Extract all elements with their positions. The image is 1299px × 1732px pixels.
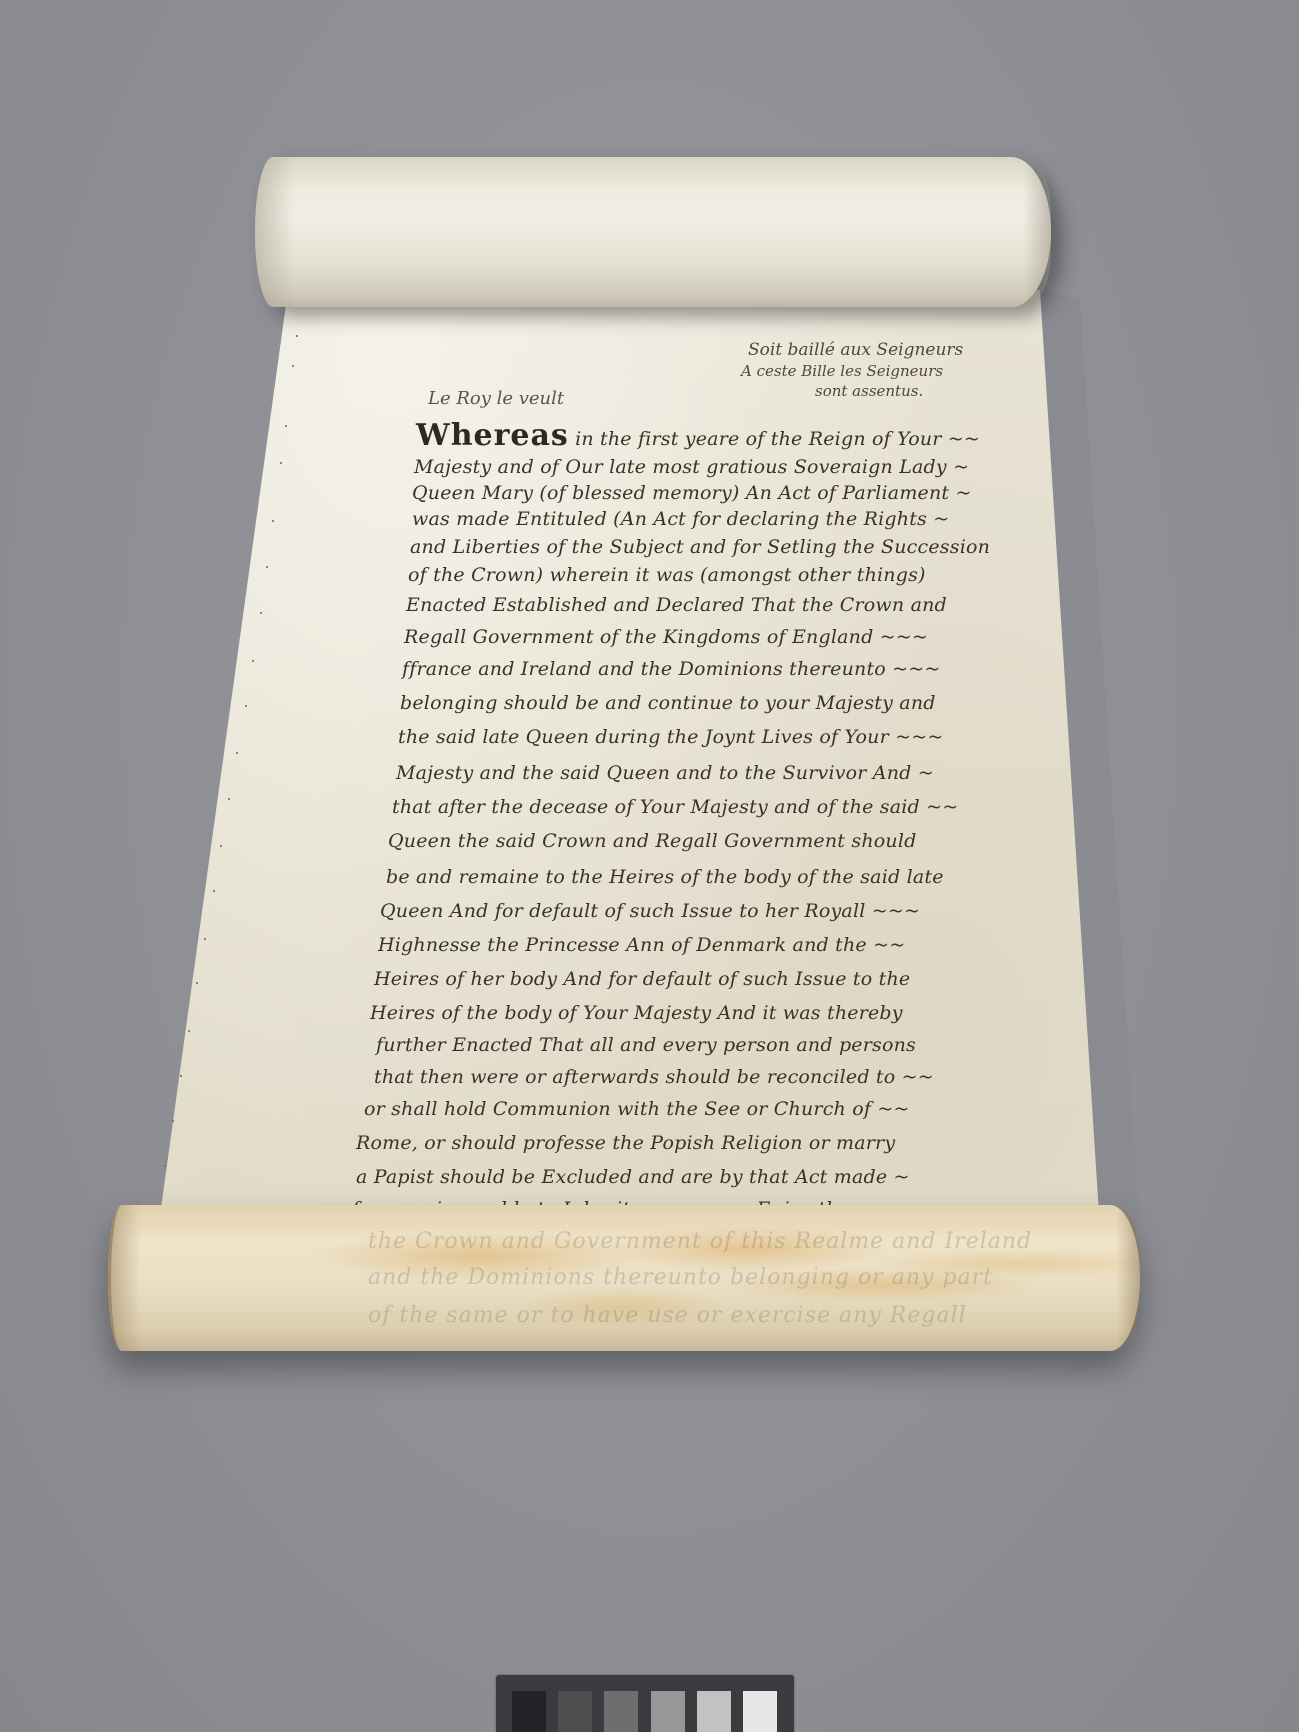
manuscript-line: belonging should be and continue to your… bbox=[400, 692, 936, 714]
gray-patch-5 bbox=[697, 1691, 731, 1732]
grayscale-calibration-strip bbox=[496, 1675, 794, 1732]
top-scroll-roll bbox=[255, 157, 1051, 307]
manuscript-line: and Liberties of the Subject and for Set… bbox=[410, 536, 990, 558]
show-through-text: the Crown and Government of this Realme … bbox=[368, 1229, 1080, 1254]
gray-patch-1 bbox=[512, 1691, 546, 1732]
manuscript-line: Majesty and of Our late most gratious So… bbox=[414, 456, 969, 478]
manuscript-line: ffrance and Ireland and the Dominions th… bbox=[402, 658, 941, 680]
manuscript-line: Queen Mary (of blessed memory) An Act of… bbox=[412, 482, 972, 504]
manuscript-line: be and remaine to the Heires of the body… bbox=[386, 866, 944, 888]
manuscript-line: Heires of her body And for default of su… bbox=[374, 968, 910, 990]
endorsement-line-1: Soit baillé aux Seigneurs bbox=[748, 340, 963, 360]
manuscript-line: that then were or afterwards should be r… bbox=[374, 1066, 934, 1088]
manuscript-line: that after the decease of Your Majesty a… bbox=[392, 796, 958, 818]
gray-patch-2 bbox=[558, 1691, 592, 1732]
manuscript-line: Whereas in the first yeare of the Reign … bbox=[416, 418, 980, 453]
manuscript-line: Queen And for default of such Issue to h… bbox=[380, 900, 920, 922]
manuscript-line: Rome, or should professe the Popish Reli… bbox=[356, 1132, 895, 1154]
endorsement-line-2: A ceste Bille les Seigneurs bbox=[741, 362, 943, 380]
manuscript-line: was made Entituled (An Act for declaring… bbox=[412, 508, 949, 530]
gray-patch-3 bbox=[604, 1691, 638, 1732]
manuscript-line: Heires of the body of Your Majesty And i… bbox=[370, 1002, 903, 1024]
manuscript-line: a Papist should be Excluded and are by t… bbox=[356, 1166, 910, 1188]
gray-patch-6 bbox=[743, 1691, 777, 1732]
manuscript-line: Majesty and the said Queen and to the Su… bbox=[396, 762, 934, 784]
manuscript-line: further Enacted That all and every perso… bbox=[376, 1034, 916, 1056]
manuscript-line: or shall hold Communion with the See or … bbox=[364, 1098, 910, 1120]
manuscript-line: Enacted Established and Declared That th… bbox=[406, 594, 947, 616]
gray-patch-4 bbox=[651, 1691, 685, 1732]
manuscript-line: Regall Government of the Kingdoms of Eng… bbox=[404, 626, 928, 648]
manuscript-line: the said late Queen during the Joynt Liv… bbox=[398, 726, 944, 748]
royal-assent: Le Roy le veult bbox=[428, 388, 564, 409]
manuscript-line: Highnesse the Princesse Ann of Denmark a… bbox=[378, 934, 905, 956]
bottom-scroll-roll: the Crown and Government of this Realme … bbox=[108, 1205, 1140, 1351]
show-through-text: of the same or to have use or exercise a… bbox=[368, 1303, 1080, 1328]
decorated-initial: Whereas bbox=[416, 418, 569, 453]
manuscript-line: of the Crown) wherein it was (amongst ot… bbox=[408, 564, 926, 586]
endorsement-line-3: sont assentus. bbox=[815, 382, 923, 400]
show-through-text: and the Dominions thereunto belonging or… bbox=[368, 1265, 1080, 1290]
manuscript-line: Queen the said Crown and Regall Governme… bbox=[388, 830, 916, 852]
